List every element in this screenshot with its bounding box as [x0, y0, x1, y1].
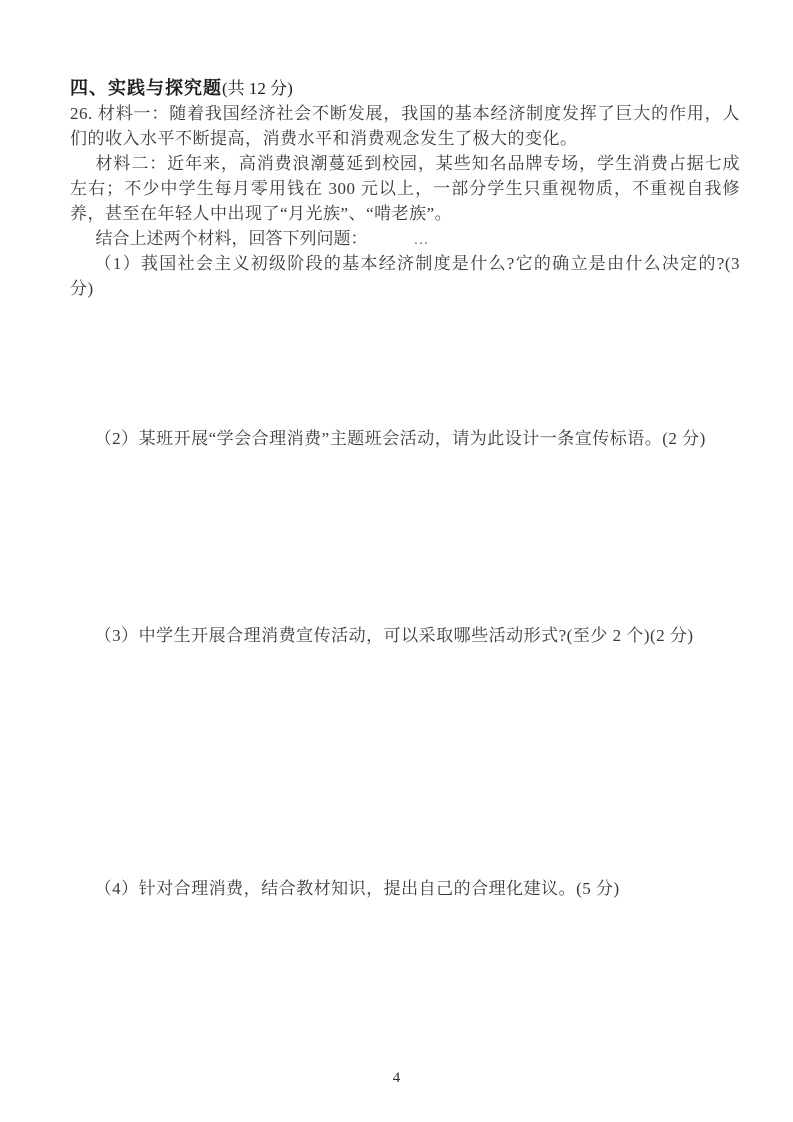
- material-1-paragraph: 26. 材料一：随着我国经济社会不断发展，我国的基本经济制度发挥了巨大的作用，人…: [70, 101, 740, 151]
- sub-question-2: （2）某班开展“学会合理消费”主题班会活动，请为此设计一条宣传标语。(2 分): [70, 426, 740, 623]
- sub-question-4-text: （4）针对合理消费，结合教材知识，提出自己的合理化建议。(5 分): [70, 876, 740, 901]
- sub-question-3: （3）中学生开展合理消费宣传活动，可以采取哪些活动形式?(至少 2 个)(2 分…: [70, 623, 740, 876]
- section-heading: 四、实践与探究题(共 12 分): [70, 76, 740, 101]
- ellipsis-mark: …: [414, 228, 429, 253]
- sub-question-4: （4）针对合理消费，结合教材知识，提出自己的合理化建议。(5 分): [70, 876, 740, 926]
- instruction-line: 结合上述两个材料，回答下列问题：…: [70, 226, 740, 251]
- section-heading-score: (共 12 分): [222, 79, 293, 98]
- instruction-text: 结合上述两个材料，回答下列问题：: [96, 229, 368, 248]
- sub-question-3-text: （3）中学生开展合理消费宣传活动，可以采取哪些活动形式?(至少 2 个)(2 分…: [70, 623, 740, 648]
- sub-question-2-text: （2）某班开展“学会合理消费”主题班会活动，请为此设计一条宣传标语。(2 分): [70, 426, 740, 451]
- page-content: 四、实践与探究题(共 12 分) 26. 材料一：随着我国经济社会不断发展，我国…: [70, 76, 740, 926]
- sub-question-1-text: （1）莪国社会主义初级阶段的基本经济制度是什么?它的确立是由什么决定的?(3 分…: [70, 251, 740, 301]
- section-heading-title: 四、实践与探究题: [70, 78, 222, 98]
- page-number: 4: [0, 1068, 793, 1088]
- document-page: 四、实践与探究题(共 12 分) 26. 材料一：随着我国经济社会不断发展，我国…: [0, 0, 793, 1122]
- sub-question-1: （1）莪国社会主义初级阶段的基本经济制度是什么?它的确立是由什么决定的?(3 分…: [70, 251, 740, 426]
- material-2-paragraph: 材料二：近年来，高消费浪潮蔓延到校园，某些知名品牌专场，学生消费占据七成左右；不…: [70, 151, 740, 226]
